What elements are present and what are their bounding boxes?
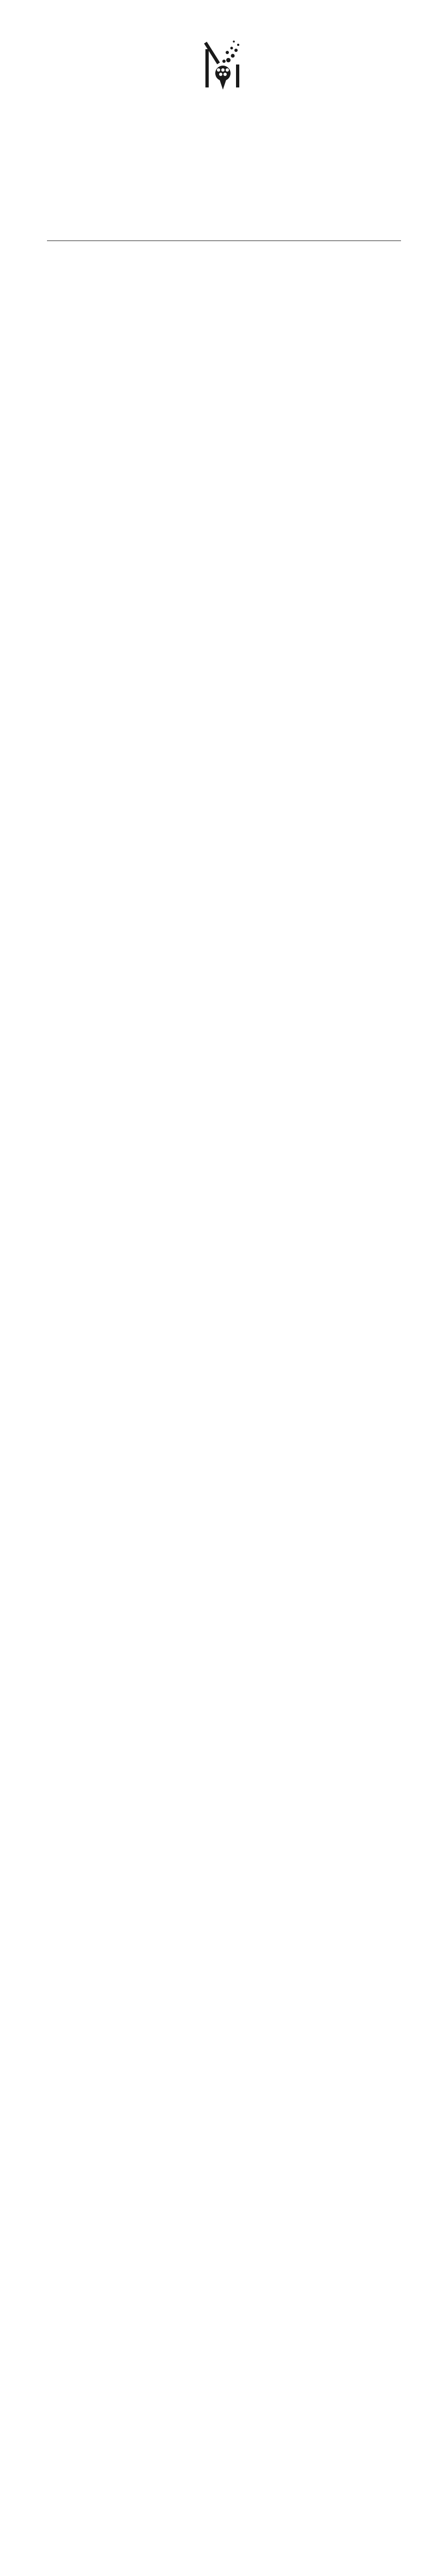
company-logo [0, 37, 448, 102]
page-1 [0, 0, 448, 618]
stamp-number [410, 12, 415, 38]
logo-mark-icon [202, 37, 246, 92]
title-divider [47, 240, 401, 241]
